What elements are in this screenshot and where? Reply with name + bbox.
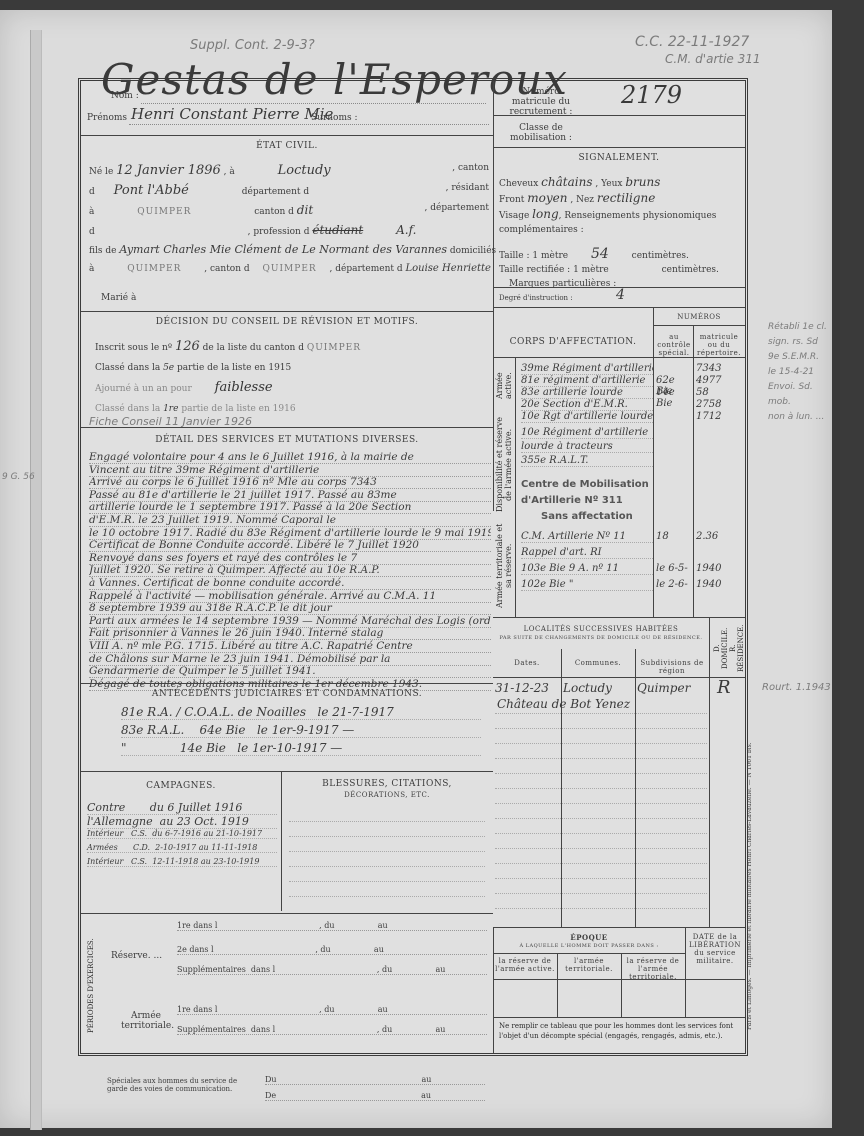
service-line: Juillet 1920. Se retire à Quimper. Affec…: [89, 564, 491, 577]
localites-title: LOCALITÉS SUCCESSIVES HABITÉES: [495, 625, 707, 633]
parents-value: Aymart Charles Mie Clément de Le Normant…: [119, 243, 447, 256]
localite-rule: [495, 908, 707, 909]
service-line: Certificat de Bonne Conduite accordé. Li…: [89, 539, 491, 552]
corps-controle: le 6-5-: [656, 563, 692, 574]
margin-note-line: le 15-4-21: [768, 365, 828, 380]
stamp-artillerie: d'Artillerie Nº 311: [521, 495, 623, 506]
corps-entry: 39me Régiment d'artillerie: [521, 363, 653, 375]
visage-value: long: [532, 207, 558, 221]
localite-rule: [495, 848, 707, 849]
corps-entry: C.M. Artillerie Nº 11: [521, 531, 653, 543]
prenoms-value: Henri Constant Pierre Mie: [131, 105, 333, 123]
epoque-note: Ne remplir ce tableau que pour les homme…: [499, 1021, 739, 1041]
section-territoriale: Armée territoriale et sa réserve.: [495, 521, 513, 611]
margin-note-top-right-1: C.C. 22-11-1927: [635, 34, 749, 50]
front-value: moyen: [527, 191, 567, 205]
ajourne-value: faiblesse: [215, 380, 273, 395]
corps-entry: 10e Régiment d'artillerie: [521, 427, 653, 439]
corps-title: CORPS D'AFFECTATION.: [493, 337, 653, 347]
localite-rule: [495, 743, 707, 744]
campagne-line: l'Allemagne au 23 Oct. 1919: [87, 815, 277, 829]
corps-entry: lourde à tracteurs: [521, 441, 653, 453]
blessure-rule: [289, 896, 485, 897]
corps-entry: 81e régiment d'artillerie: [521, 375, 653, 387]
blessures-title: BLESSURES, CITATIONS,: [281, 779, 493, 789]
service-line: Fait prisonnier à Vannes le 26 juin 1940…: [89, 627, 491, 640]
margin-note-line: Rétabli 1e cl.: [768, 320, 828, 335]
corps-controle: le 2-6-: [656, 579, 692, 590]
localite-date: 31-12-23: [495, 681, 549, 695]
corps-controle: 14e Bie: [656, 387, 692, 409]
matricule-value: 2179: [621, 81, 682, 109]
margin-note-top-right-2: C.M. d'artie 311: [665, 52, 761, 66]
antecedents-title: ANTÉCÉDENTS JUDICIAIRES ET CONDAMNATIONS…: [81, 689, 493, 699]
service-line: Arrivé au corps le 6 Juillet 1916 nº Mle…: [89, 476, 491, 489]
stamp-sans-affectation: Sans affectation: [541, 511, 633, 522]
services-title: DÉTAIL DES SERVICES ET MUTATIONS DIVERSE…: [81, 435, 493, 445]
antecedent-line: 81e R.A. / C.O.A.L. de Noailles le 21-7-…: [121, 705, 481, 720]
blessure-rule: [289, 866, 485, 867]
col-domicile: D. DOMICILE. R. RÉSIDENCE.: [713, 623, 741, 673]
signalement-title: SIGNALEMENT.: [493, 153, 745, 163]
localites-subtitle: PAR SUITE DE CHANGEMENTS DE DOMICILE OU …: [495, 635, 707, 641]
margin-note-right-2: Rourt. 1.1943: [762, 682, 831, 693]
col-communes: Communes.: [561, 659, 635, 667]
corps-matricule: 1940: [696, 563, 742, 574]
localite-rule: [495, 728, 707, 729]
corps-entry: 103e Bie 9 A. nº 11: [521, 563, 653, 575]
localite-rule: [495, 758, 707, 759]
cheveux-value: châtains: [541, 175, 592, 189]
service-line: artillerie lourde le 1 septembre 1917. P…: [89, 501, 491, 514]
mother-name: Louise Henriette: [406, 263, 491, 274]
birth-canton: Pont l'Abbé: [114, 183, 189, 198]
service-line: 8 septembre 1939 au 318e R.A.C.P. le dit…: [89, 602, 491, 615]
register-page: Suppl. Cont. 2-9-3? C.C. 22-11-1927 C.M.…: [0, 10, 832, 1128]
blessures-subtitle: DÉCORATIONS, ETC.: [281, 791, 493, 799]
nom-label: Nom :: [111, 91, 139, 101]
marie-label: Marié à: [101, 293, 136, 303]
antecedent-line: " 14e Bie le 1er-10-1917 —: [121, 741, 481, 756]
corps-matricule: 58: [696, 387, 742, 398]
page-binding: [30, 30, 42, 1130]
blessure-rule: [289, 881, 485, 882]
margin-note-left: 9 G. 56: [2, 472, 35, 482]
reserve-label: Réserve. ...: [111, 951, 162, 961]
campagnes-title: CAMPAGNES.: [81, 781, 281, 791]
campagne-line: Intérieur C.S. 12-11-1918 au 23-10-1919: [87, 857, 277, 867]
localite-rule: [495, 878, 707, 879]
localite-dr: R: [717, 677, 731, 698]
inscrit-value: 126: [175, 339, 200, 354]
section-active: Armée active.: [495, 361, 513, 411]
localite-rule: [495, 893, 707, 894]
epoque-col-3: la réserve de l'armée territoriale.: [623, 957, 683, 981]
localite-rule: [495, 788, 707, 789]
campagne-line: Armées C.D. 2-10-1917 au 11-11-1918: [87, 843, 277, 853]
periode-row: Du au: [265, 1075, 485, 1085]
corps-entry: Rappel d'art. RI: [521, 547, 653, 559]
periode-row: Supplémentaires dans l , du au: [177, 965, 487, 975]
numeros-title: NUMÉROS: [653, 313, 745, 321]
residence-value: QUIMPER: [137, 207, 191, 217]
blessure-rule: [289, 851, 485, 852]
periode-row: 2e dans l , du au: [177, 945, 487, 955]
etat-civil-title: ÉTAT CIVIL.: [81, 141, 493, 151]
margin-note-line: 9e S.E.M.R.: [768, 350, 828, 365]
birth-place: Loctudy: [278, 163, 331, 178]
periode-row: 1re dans l , du au: [177, 921, 487, 931]
nez-value: rectiligne: [597, 191, 655, 205]
localite-rule: [495, 713, 707, 714]
localite-commune: Loctudy: [563, 681, 612, 695]
margin-note-right: Rétabli 1e cl.sign. rs. Sd9e S.E.M.R.le …: [768, 320, 828, 425]
campagne-line: Contre du 6 Juillet 1916: [87, 801, 277, 815]
margin-note-line: Envoi. Sd. mob.: [768, 380, 828, 410]
surname-value: Gestas de l'Esperoux: [101, 55, 568, 104]
registration-form: Gestas de l'Esperoux Nom : Prénoms Henri…: [78, 78, 748, 1056]
campagne-line: Intérieur C.S. du 6-7-1916 au 21-10-1917: [87, 829, 277, 839]
periode-row: 1re dans l , du au: [177, 1005, 487, 1015]
localite-rule: [495, 833, 707, 834]
corps-entry: 20e Section d'E.M.R.: [521, 399, 653, 411]
corps-matricule: 2758: [696, 399, 742, 410]
corps-entry: 102e Bie ": [521, 579, 653, 591]
service-line: Renvoyé dans ses foyers et rayé des cont…: [89, 552, 491, 565]
periode-row: De au: [265, 1091, 485, 1101]
localite-subdivision: Quimper: [637, 681, 690, 695]
service-line: de Châlons sur Marne le 23 juin 1941. Dé…: [89, 653, 491, 666]
service-line: Parti aux armées le 14 septembre 1939 — …: [89, 615, 491, 628]
localite-rule: [495, 773, 707, 774]
corps-entry: 83e artillerie lourde: [521, 387, 653, 399]
blessure-rule: [289, 836, 485, 837]
corps-controle: 18: [656, 531, 692, 542]
prenoms-label: Prénoms: [87, 113, 127, 123]
col-subdivisions: Subdivisions de région: [635, 659, 709, 675]
epoque-subtitle: À LAQUELLE L'HOMME DOIT PASSER DANS :: [493, 943, 685, 949]
corps-matricule: 7343: [696, 363, 742, 374]
margin-note-top: Suppl. Cont. 2-9-3?: [190, 38, 315, 53]
section-dispo: Disponibilité et réserve de l'armée acti…: [495, 415, 513, 515]
taille-value: 54: [591, 246, 609, 262]
periode-row: Supplémentaires dans l , du au: [177, 1025, 487, 1035]
degre-label: Degré d'instruction :: [499, 294, 573, 302]
localite-commune: Château de Bot Yenez: [497, 697, 630, 711]
service-line: Rappelé à l'activité — mobilisation géné…: [89, 590, 491, 603]
antecedent-line: 83e R.A.L. 64e Bie le 1er-9-1917 —: [121, 723, 481, 738]
stamp-centre: Centre de Mobilisation: [521, 479, 649, 490]
territoriale-label: Armée territoriale.: [121, 1011, 171, 1031]
service-line: Engagé volontaire pour 4 ans le 6 Juille…: [89, 451, 491, 464]
localite-rule: [495, 863, 707, 864]
localite-rule: [495, 818, 707, 819]
service-line: à Vannes. Certificat de bonne conduite a…: [89, 577, 491, 590]
degre-value: 4: [616, 287, 625, 303]
margin-note-line: non à lun. ...: [768, 410, 828, 425]
col-controle: au contrôle spécial.: [655, 333, 693, 357]
classe-mobilisation-label: Classe de mobilisation :: [501, 123, 581, 143]
periodes-label: PÉRIODES D'EXERCICES.: [87, 931, 101, 1041]
corps-entry: 10e Rgt d'artillerie lourde: [521, 411, 653, 423]
epoque-title: ÉPOQUE: [493, 933, 685, 942]
profession-value: étudiant: [312, 223, 363, 237]
blessure-rule: [289, 821, 485, 822]
corps-matricule: 4977: [696, 375, 742, 386]
surnoms-label: Surnoms :: [311, 113, 358, 123]
service-line: le 10 octobre 1917. Radié du 83e Régimen…: [89, 527, 491, 540]
service-line: Passé au 81e d'artillerie le 21 juillet …: [89, 489, 491, 502]
margin-note-line: sign. rs. Sd: [768, 335, 828, 350]
decision-title: DÉCISION DU CONSEIL DE RÉVISION ET MOTIF…: [81, 317, 493, 327]
col-matricule: matricule ou du répertoire.: [695, 333, 743, 357]
service-line: VIII A. nº mle P.G. 1715. Libéré au titr…: [89, 640, 491, 653]
service-line: Gendarmerie de Quimper le 5 juillet 1941…: [89, 665, 491, 678]
localite-rule: [495, 803, 707, 804]
service-line: d'E.M.R. le 23 Juillet 1919. Nommé Capor…: [89, 514, 491, 527]
col-dates: Dates.: [493, 659, 561, 667]
yeux-value: bruns: [625, 175, 660, 189]
corps-matricule: 1712: [696, 411, 742, 422]
epoque-col-1: la réserve de l'armée active.: [495, 957, 555, 973]
date-liberation-title: DATE de la LIBÉRATION du service militai…: [687, 933, 743, 965]
service-line: Vincent au titre 39me Régiment d'artille…: [89, 464, 491, 477]
corps-matricule: 2.36: [696, 531, 742, 542]
matricule-label: Numéro matricule du recrutement :: [501, 87, 581, 117]
speciales-label: Spéciales aux hommes du service de garde…: [107, 1077, 257, 1093]
corps-entry: 355e R.A.L.T.: [521, 455, 653, 467]
corps-matricule: 1940: [696, 579, 742, 590]
birth-date: 12 Janvier 1896: [116, 163, 221, 178]
epoque-col-2: l'armée territoriale.: [559, 957, 619, 973]
